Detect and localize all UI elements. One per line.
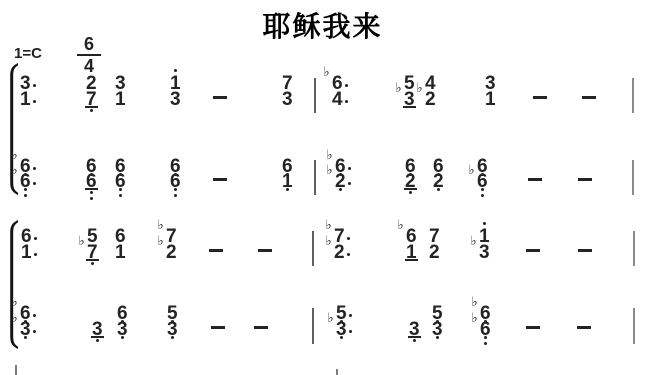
- octave-dot-below: [481, 188, 484, 191]
- augmentation-dot: [347, 253, 350, 256]
- note-digit: 2: [334, 243, 345, 262]
- octave-dot-below: [409, 191, 412, 194]
- octave-dot-below: [119, 194, 122, 197]
- eighth-underline: [408, 336, 421, 338]
- augmentation-dot: [34, 237, 37, 240]
- octave-dot-below: [484, 342, 487, 345]
- augmentation-dot: [33, 167, 36, 170]
- time-signature: 6 4: [76, 34, 102, 76]
- duration-dash: [254, 326, 268, 329]
- note-digit: 1: [485, 90, 496, 109]
- duration-dash: [258, 249, 272, 252]
- sheet-music-page: 耶稣我来 1=C 6 4 31273113736♭453♭42♭316♭6♭66…: [0, 0, 645, 375]
- eighth-underline: [86, 259, 99, 261]
- flat-icon: ♭: [469, 163, 475, 176]
- octave-dot-below: [436, 336, 439, 339]
- system-brace: [3, 219, 21, 355]
- augmentation-dot: [345, 100, 348, 103]
- flat-icon: ♭: [158, 234, 164, 247]
- duration-dash: [526, 249, 540, 252]
- note-digit: 2: [166, 243, 177, 262]
- augmentation-dot: [34, 253, 37, 256]
- octave-dot-below: [121, 336, 124, 339]
- measure-barline: [314, 160, 316, 195]
- end-barline: [633, 231, 635, 266]
- octave-dot-below: [340, 336, 343, 339]
- octave-dot-below: [174, 188, 177, 191]
- flat-icon: ♭: [471, 234, 477, 247]
- flat-icon: ♭: [326, 218, 332, 231]
- octave-dot-below: [24, 188, 27, 191]
- octave-dot-below: [96, 339, 99, 342]
- duration-dash: [578, 249, 592, 252]
- octave-dot-above: [174, 69, 177, 72]
- measure-barline: [312, 231, 314, 266]
- duration-dash: [533, 96, 547, 99]
- octave-dot-below: [481, 194, 484, 197]
- next-system-partial-mark: [336, 369, 338, 375]
- octave-dot-below: [24, 194, 27, 197]
- flat-icon: ♭: [326, 234, 332, 247]
- note-digit: 2: [429, 243, 440, 262]
- flat-icon: ♭: [328, 311, 334, 324]
- end-barline: [633, 308, 635, 344]
- flat-icon: ♭: [12, 295, 18, 308]
- flat-icon: ♭: [472, 311, 478, 324]
- octave-dot-below: [413, 339, 416, 342]
- augmentation-dot: [33, 330, 36, 333]
- duration-dash: [209, 249, 223, 252]
- end-barline: [632, 160, 634, 195]
- augmentation-dot: [348, 182, 351, 185]
- note-digit: 2: [425, 90, 436, 109]
- duration-dash: [211, 326, 225, 329]
- augmentation-dot: [33, 84, 36, 87]
- octave-dot-below: [24, 336, 27, 339]
- duration-dash: [582, 96, 596, 99]
- flat-icon: ♭: [396, 81, 402, 94]
- octave-dot-below: [91, 262, 94, 265]
- flat-icon: ♭: [12, 311, 18, 324]
- eighth-underline: [85, 188, 98, 190]
- octave-dot-below: [171, 336, 174, 339]
- octave-dot-below: [90, 109, 93, 112]
- augmentation-dot: [347, 237, 350, 240]
- flat-icon: ♭: [327, 148, 333, 161]
- duration-dash: [577, 326, 591, 329]
- augmentation-dot: [33, 100, 36, 103]
- octave-dot-below: [437, 188, 440, 191]
- flat-icon: ♭: [12, 148, 18, 161]
- flat-icon: ♭: [324, 65, 330, 78]
- augmentation-dot: [348, 167, 351, 170]
- note-digit: 3: [170, 90, 181, 109]
- octave-dot-below: [90, 197, 93, 200]
- note-digit: 1: [115, 243, 126, 262]
- eighth-underline: [405, 259, 418, 261]
- eighth-underline: [85, 106, 98, 108]
- augmentation-dot: [33, 182, 36, 185]
- duration-dash: [578, 178, 592, 181]
- eighth-underline: [403, 106, 416, 108]
- measure-barline: [314, 78, 316, 113]
- note-digit: 1: [21, 243, 32, 262]
- flat-icon: ♭: [79, 234, 85, 247]
- eighth-underline: [91, 336, 104, 338]
- eighth-underline: [404, 188, 417, 190]
- duration-dash: [213, 96, 227, 99]
- augmentation-dot: [345, 84, 348, 87]
- flat-icon: ♭: [472, 295, 478, 308]
- note-digit: 1: [20, 90, 31, 109]
- augmentation-dot: [349, 330, 352, 333]
- duration-dash: [528, 178, 542, 181]
- octave-dot-below: [119, 188, 122, 191]
- augmentation-dot: [33, 314, 36, 317]
- octave-dot-below: [90, 191, 93, 194]
- note-digit: 3: [282, 90, 293, 109]
- flat-icon: ♭: [417, 81, 423, 94]
- flat-icon: ♭: [12, 163, 18, 176]
- duration-dash: [526, 326, 540, 329]
- time-signature-numerator: 6: [76, 34, 102, 54]
- octave-dot-below: [484, 336, 487, 339]
- next-system-partial-mark: [15, 365, 17, 375]
- note-digit: 4: [332, 90, 343, 109]
- measure-barline: [312, 308, 314, 344]
- key-signature: 1=C: [14, 45, 42, 62]
- octave-dot-below: [286, 188, 289, 191]
- flat-icon: ♭: [158, 218, 164, 231]
- end-barline: [632, 78, 634, 113]
- augmentation-dot: [349, 314, 352, 317]
- flat-icon: ♭: [398, 218, 404, 231]
- flat-icon: ♭: [327, 163, 333, 176]
- note-digit: 3: [479, 243, 490, 262]
- octave-dot-below: [174, 194, 177, 197]
- system-brace: [3, 62, 21, 201]
- note-digit: 1: [115, 90, 126, 109]
- octave-dot-below: [339, 188, 342, 191]
- octave-dot-above: [483, 222, 486, 225]
- duration-dash: [213, 178, 227, 181]
